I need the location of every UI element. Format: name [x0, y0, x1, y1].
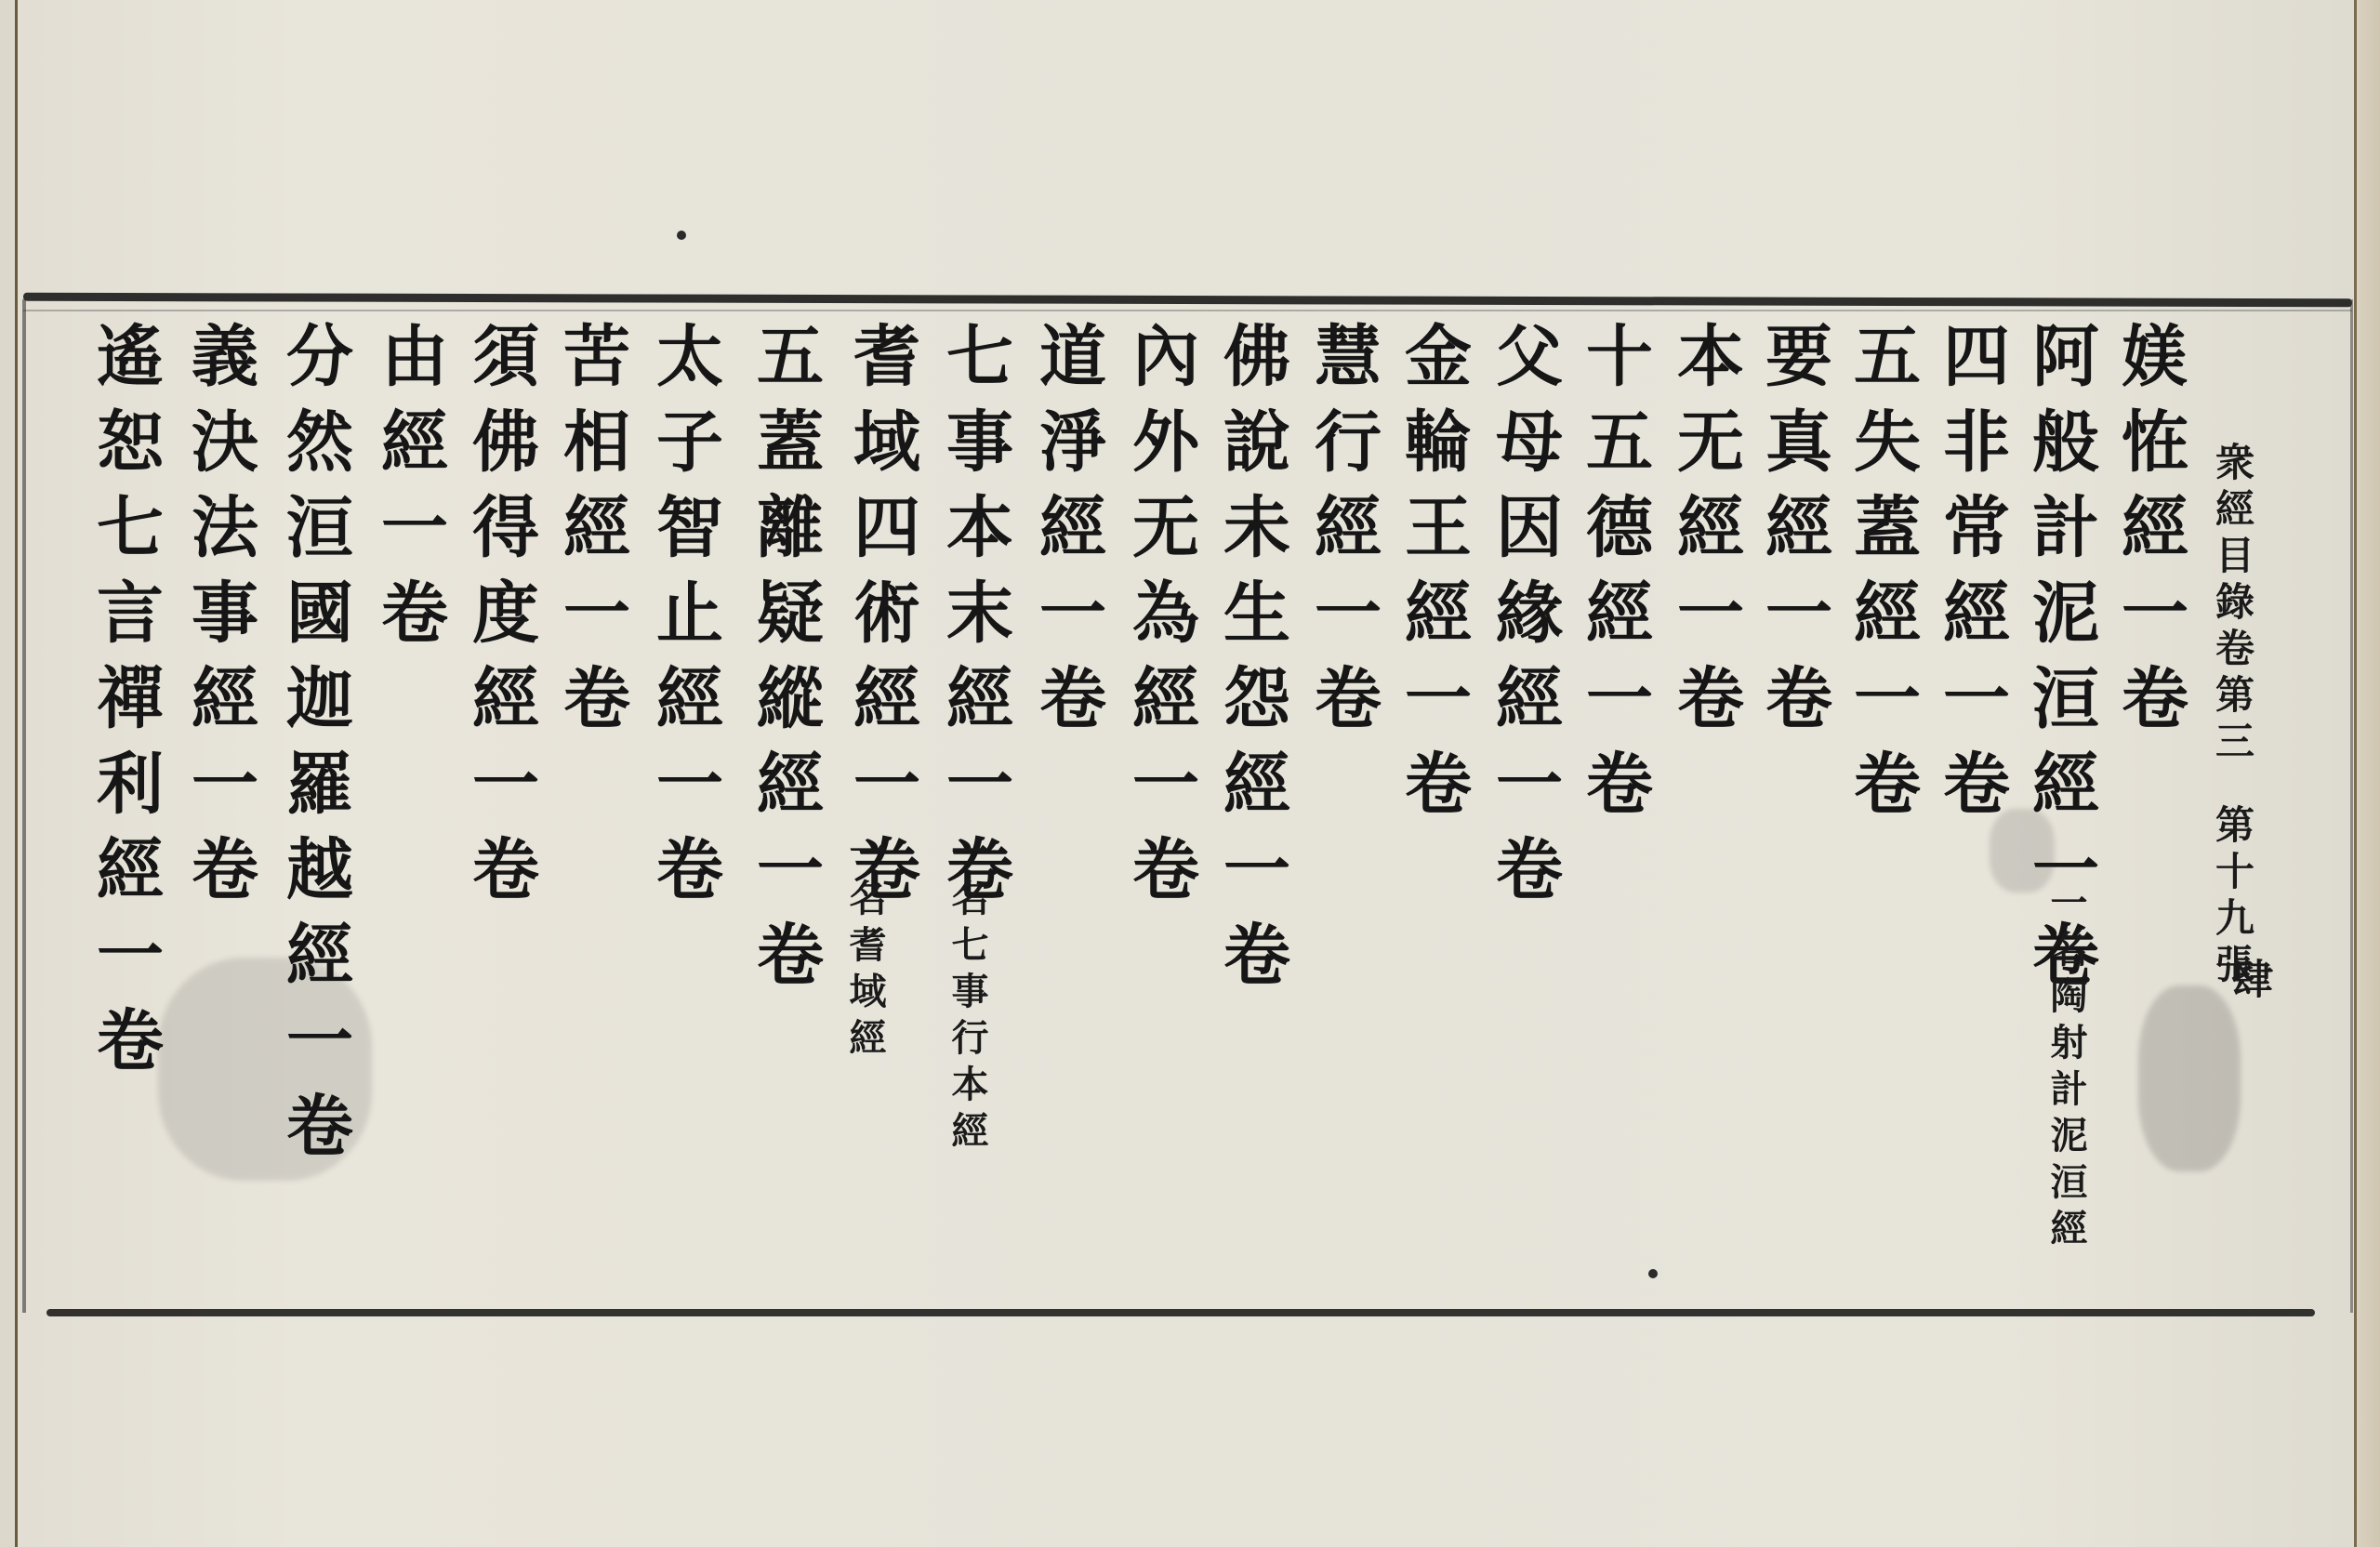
entry-15: 耆域四術經一卷: [848, 321, 915, 919]
entry-6: 本无經一卷: [1672, 321, 1739, 748]
entry-13: 道淨經一卷: [1034, 321, 1101, 748]
entry-16: 五蓋離疑縱經一卷: [751, 321, 818, 1005]
ink-dot: [677, 231, 686, 240]
entry-3: 四非常經一卷: [1937, 321, 2004, 834]
entry-1: 媄恠經一卷: [2116, 321, 2183, 748]
frame-left-border: [22, 299, 26, 1313]
entry-15-note: 一名耆域經: [846, 832, 883, 1064]
entry-8: 父母因緣經一卷: [1490, 321, 1557, 919]
book-spine: [2357, 0, 2380, 1547]
entry-9: 金輪王經一卷: [1399, 321, 1466, 834]
entry-19: 須佛得度經一卷: [467, 321, 534, 919]
entry-17: 太子智止經一卷: [651, 321, 718, 919]
entry-14-note: 一名七事行本經: [948, 832, 985, 1157]
entry-11: 佛說未生怨經一卷: [1218, 321, 1285, 1005]
entry-14: 七事本末經一卷: [941, 321, 1008, 919]
entry-23: 遙恕七言禪利經一卷: [91, 321, 158, 1091]
entry-22: 義決法事經一卷: [186, 321, 253, 919]
entry-10: 慧行經一卷: [1309, 321, 1376, 748]
entry-5: 要真經一卷: [1760, 321, 1827, 748]
entry-18: 苦相經一卷: [558, 321, 625, 748]
entry-20: 由經一卷: [376, 321, 443, 663]
entry-7: 十五德經一卷: [1580, 321, 1647, 834]
folio-mark: 肆: [2218, 958, 2278, 998]
frame-right-border: [2350, 299, 2353, 1313]
page-edge-left: [15, 0, 18, 1547]
entry-21: 分然洹國迦羅越經一卷: [281, 321, 348, 1176]
volume-header: 衆經目錄卷第三第十九張: [2213, 442, 2252, 990]
entry-4: 五失蓋經一卷: [1848, 321, 1915, 834]
entry-12: 內外无為經一卷: [1127, 321, 1194, 919]
volume-title: 衆經目錄卷第三: [2210, 442, 2255, 767]
frame-bottom-border: [46, 1309, 2315, 1316]
ink-dot: [1648, 1269, 1658, 1278]
ink-smudge: [2138, 985, 2241, 1171]
entry-2-note: 一名陶射計泥洹經: [2047, 883, 2084, 1255]
frame-top-inner-line: [23, 310, 2352, 311]
